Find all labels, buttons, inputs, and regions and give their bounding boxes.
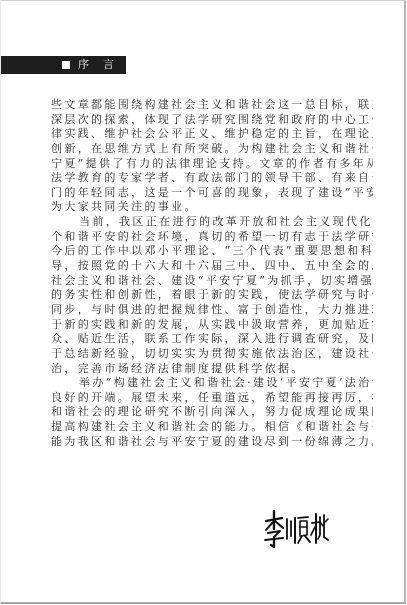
signature-icon bbox=[263, 509, 329, 551]
text-line: 个和谐平安的社会环境，真切的希望一切有志于法学研究的同志们在 bbox=[51, 230, 373, 245]
text-line: 提高构建社会主义和谐社会的能力。相信《和谐社会与平安宁夏》一书 bbox=[51, 420, 373, 435]
preface-body: 些文章都能围绕构建社会主义和谐社会这一总目标，联系实际，进行深层次的探索，体现了… bbox=[51, 98, 373, 449]
section-header-bar: 序言 bbox=[1, 56, 126, 74]
text-line: 举办“构建社会主义和谐社会·建设‘平安宁夏’法治论坛”是一个 bbox=[51, 376, 373, 391]
text-line: 于总结新经验，切切实实为贯彻实施依法治区，建设社会主义民主政 bbox=[51, 347, 373, 362]
text-line: 同步，与时俱进的把握规律性、富于创造性，大力推进理论创新，着眼 bbox=[51, 303, 373, 318]
document-page: 序言 些文章都能围绕构建社会主义和谐社会这一总目标，联系实际，进行深层次的探索，… bbox=[0, 0, 406, 604]
author-signature bbox=[263, 509, 329, 551]
text-line: 些文章都能围绕构建社会主义和谐社会这一总目标，联系实际，进行 bbox=[51, 98, 373, 113]
text-line: 为大家共同关注的事业。 bbox=[51, 200, 373, 215]
text-line: 社会主义和谐社会、建设“平安宁夏”为抓手，切实增强法学理论研究 bbox=[51, 274, 373, 289]
text-line: 当前，我区正在进行的改革开放和社会主义现代化建设，需要一 bbox=[51, 215, 373, 230]
text-line: 导，按照党的十六大和十六届三中、四中、五中全会的总要求，以构建 bbox=[51, 259, 373, 274]
text-line: 法学教育的专家学者、有政法部门的领导干部、有来自于法律实践部 bbox=[51, 171, 373, 186]
text-line: 的务实性和创新性，着眼于新的实践，使法学研究与时代同步，与社会 bbox=[51, 288, 373, 303]
text-line: 门的年轻同志，这是一个可喜的现象，表现了建设“平安宁夏”已经成 bbox=[51, 186, 373, 201]
text-line: 深层次的探索，体现了法学研究围绕党和政府的中心工作，立足于法 bbox=[51, 113, 373, 128]
section-title: 序言 bbox=[78, 56, 128, 74]
text-line: 治，完善市场经济法律制度提供科学依据。 bbox=[51, 362, 373, 377]
text-line: 众、贴近生活，联系工作实际，深入进行调查研究，及时了解新情况，善 bbox=[51, 332, 373, 347]
text-line: 宁夏”提供了有力的法律理论支持。文章的作者有多年从事法学研究、 bbox=[51, 157, 373, 172]
text-line: 良好的开端。展望未来，任重道远，希望能再接再厉，将构建社会主义 bbox=[51, 391, 373, 406]
text-line: 创新，在思维方式上有所突破。为构建社会主义和谐社会，建设“平安 bbox=[51, 142, 373, 157]
text-line: 于新的实践和新的发展，从实践中汲取营养，更加贴近实际、贴近群 bbox=[51, 318, 373, 333]
text-line: 律实践、维护社会公平正义、维护稳定的主旨，在理论上和学术上有所 bbox=[51, 127, 373, 142]
text-line: 和谐社会的理论研究不断引向深入，努力促成理论成果的转化，不断 bbox=[51, 405, 373, 420]
filled-square-icon bbox=[62, 61, 70, 69]
text-line: 能为我区和谐社会与平安宁夏的建设尽到一份绵薄之力。是为序。 bbox=[51, 435, 373, 450]
text-line: 今后的工作中以邓小平理论、“三个代表”重要思想和科学发展观为指 bbox=[51, 244, 373, 259]
